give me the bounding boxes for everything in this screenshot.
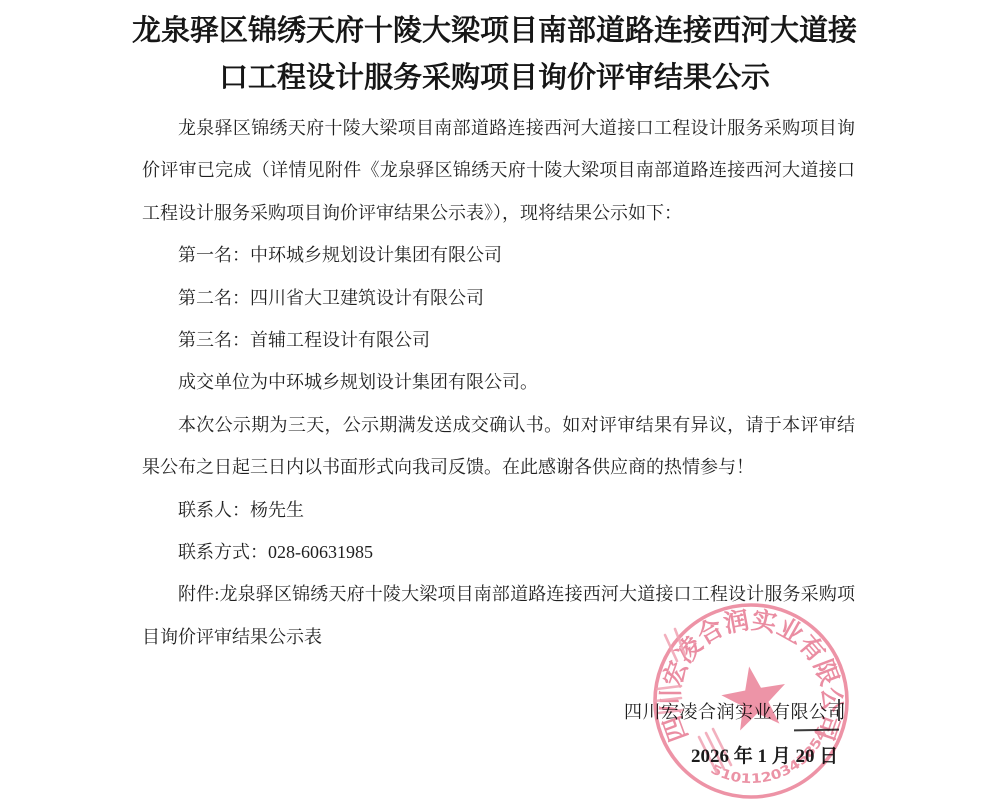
notice-paragraph: 本次公示期为三天，公示期满发送成交确认书。如对评审结果有异议，请于本评审结果公布… [142,404,855,489]
winner-line: 成交单位为中环城乡规划设计集团有限公司。 [142,361,855,403]
rank-third-line: 第三名：首辅工程设计有限公司 [142,319,855,361]
title-line-2: 口工程设计服务采购项目询价评审结果公示 [0,55,989,102]
scan-artifact-tick [838,699,840,721]
intro-paragraph: 龙泉驿区锦绣天府十陵大梁项目南部道路连接西河大道接口工程设计服务采购项目询价评审… [142,107,855,234]
scan-artifact-line [794,729,839,732]
document-title: 龙泉驿区锦绣天府十陵大梁项目南部道路连接西河大道接 口工程设计服务采购项目询价评… [0,8,989,102]
rank-second-line: 第二名：四川省大卫建筑设计有限公司 [142,277,855,319]
contact-phone-line: 联系方式：028-60631985 [142,531,855,573]
document-page: 龙泉驿区锦绣天府十陵大梁项目南部道路连接西河大道接 口工程设计服务采购项目询价评… [0,0,989,809]
rank-first-line: 第一名：中环城乡规划设计集团有限公司 [142,234,855,276]
title-line-1: 龙泉驿区锦绣天府十陵大梁项目南部道路连接西河大道接 [0,8,989,55]
contact-person-line: 联系人：杨先生 [142,489,855,531]
signature-date: 2026 年 1 月 20 日 [691,741,838,768]
attachment-line: 附件:龙泉驿区锦绣天府十陵大梁项目南部道路连接西河大道接口工程设计服务采购项目询… [142,573,855,658]
document-body: 龙泉驿区锦绣天府十陵大梁项目南部道路连接西河大道接口工程设计服务采购项目询价评审… [142,107,855,658]
signature-company: 四川宏凌合润实业有限公司 [624,698,846,724]
